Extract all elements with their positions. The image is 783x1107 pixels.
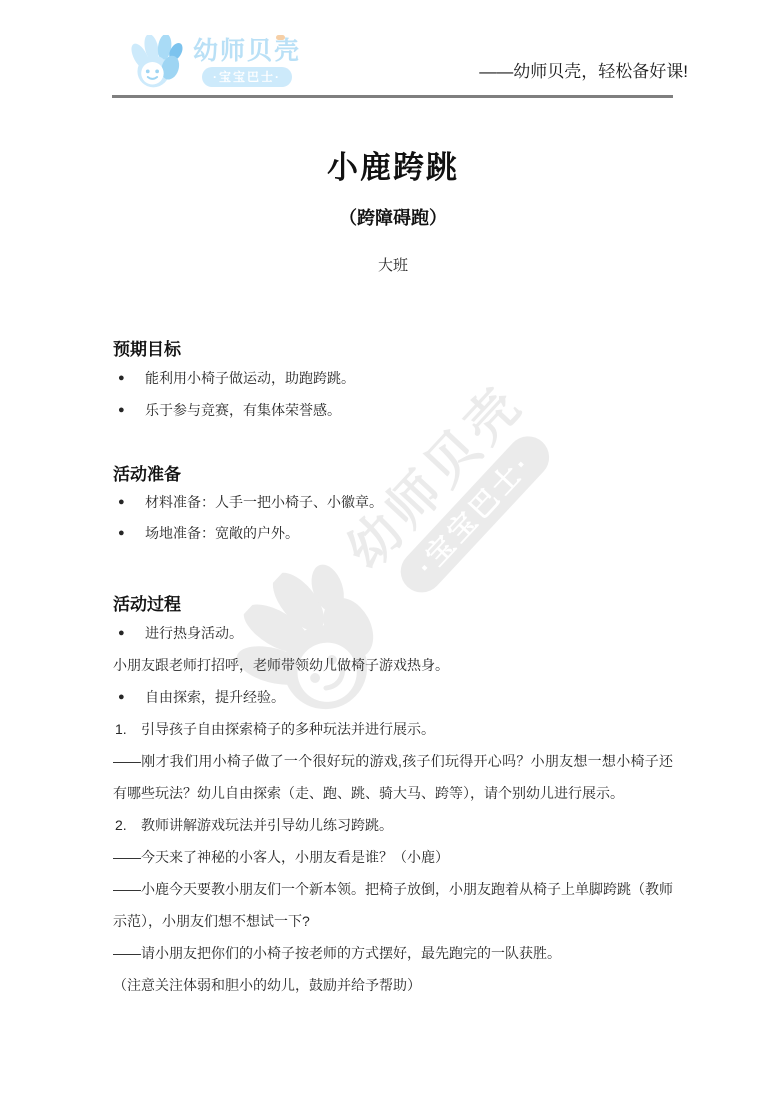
peach-accent-mark (276, 35, 285, 40)
bullet-dot-icon: ● (118, 487, 130, 518)
header-tagline: ——幼师贝壳，轻松备好课! (479, 57, 688, 82)
list-item: ● 乐于参与竞赛，有集体荣誉感。 (113, 394, 673, 426)
page-subtitle: （跨障碍跑） (113, 205, 673, 231)
list-item: ● 能利用小椅子做运动，助跑跨跳。 (113, 362, 673, 394)
bullet-dot-icon: ● (118, 518, 130, 549)
header-divider (112, 95, 673, 98)
page-title: 小鹿跨跳 (113, 148, 673, 188)
paragraph: ——请小朋友把你们的小椅子按老师的方式摆好，最先跑完的一队获胜。 (113, 937, 673, 969)
header-logo: 幼师贝壳 ·宝宝巴士· (129, 35, 301, 89)
paragraph: （注意关注体弱和胆小的幼儿，鼓励并给予帮助） (113, 969, 673, 1001)
item-number: 2. (115, 809, 131, 841)
list-item: ● 进行热身活动。 (113, 617, 673, 649)
numbered-item: 1. 引导孩子自由探索椅子的多种玩法并进行展示。 (113, 713, 673, 745)
list-item: ● 自由探索，提升经验。 (113, 681, 673, 713)
numbered-item-text: 引导孩子自由探索椅子的多种玩法并进行展示。 (141, 713, 435, 745)
bullet-dot-icon: ● (118, 362, 130, 394)
paragraph: 小朋友跟老师打招呼，老师带领幼儿做椅子游戏热身。 (113, 649, 673, 681)
list-item-text: 自由探索，提升经验。 (145, 681, 285, 713)
section-heading: 活动过程 (113, 593, 673, 617)
section-heading: 活动准备 (113, 463, 673, 487)
list-item: ● 场地准备：宽敞的户外。 (113, 518, 673, 549)
item-number: 1. (115, 713, 131, 745)
section-heading: 预期目标 (113, 338, 673, 362)
grade-label: 大班 (113, 255, 673, 276)
section-expected-goals: 预期目标 ● 能利用小椅子做运动，助跑跨跳。 ● 乐于参与竞赛，有集体荣誉感。 (113, 338, 673, 426)
list-item-text: 场地准备：宽敞的户外。 (145, 518, 299, 549)
hand-shell-smiley-icon (129, 35, 189, 89)
brand-name-text: 幼师贝壳 (193, 38, 301, 64)
document-page: 幼师贝壳 ·宝宝巴士· 幼师贝壳 ·宝宝巴士· ——幼师贝壳，轻松备好课! 小鹿… (0, 0, 783, 1107)
paragraph: ——小鹿今天要教小朋友们一个新本领。把椅子放倒，小朋友跑着从椅子上单脚跨跳（教师… (113, 873, 673, 937)
paragraph: ——刚才我们用小椅子做了一个很好玩的游戏,孩子们玩得开心吗？小朋友想一想小椅子还… (113, 745, 673, 809)
paragraph: ——今天来了神秘的小客人，小朋友看是谁？（小鹿） (113, 841, 673, 873)
document-content: 小鹿跨跳 （跨障碍跑） 大班 预期目标 ● 能利用小椅子做运动，助跑跨跳。 ● … (113, 148, 673, 1001)
bullet-dot-icon: ● (118, 617, 130, 649)
logo-text-column: 幼师贝壳 ·宝宝巴士· (193, 38, 301, 87)
list-item-text: 乐于参与竞赛，有集体荣誉感。 (145, 394, 341, 426)
list-item-text: 能利用小椅子做运动，助跑跨跳。 (145, 362, 355, 394)
bullet-dot-icon: ● (118, 681, 130, 713)
numbered-item-text: 教师讲解游戏玩法并引导幼儿练习跨跳。 (141, 809, 393, 841)
bullet-dot-icon: ● (118, 394, 130, 426)
section-activity-preparation: 活动准备 ● 材料准备：人手一把小椅子、小徽章。 ● 场地准备：宽敞的户外。 (113, 463, 673, 549)
numbered-item: 2. 教师讲解游戏玩法并引导幼儿练习跨跳。 (113, 809, 673, 841)
brand-badge: ·宝宝巴士· (202, 67, 292, 87)
section-activity-process: 活动过程 ● 进行热身活动。 小朋友跟老师打招呼，老师带领幼儿做椅子游戏热身。 … (113, 593, 673, 1001)
list-item-text: 材料准备：人手一把小椅子、小徽章。 (145, 487, 383, 518)
list-item-text: 进行热身活动。 (145, 617, 243, 649)
list-item: ● 材料准备：人手一把小椅子、小徽章。 (113, 487, 673, 518)
